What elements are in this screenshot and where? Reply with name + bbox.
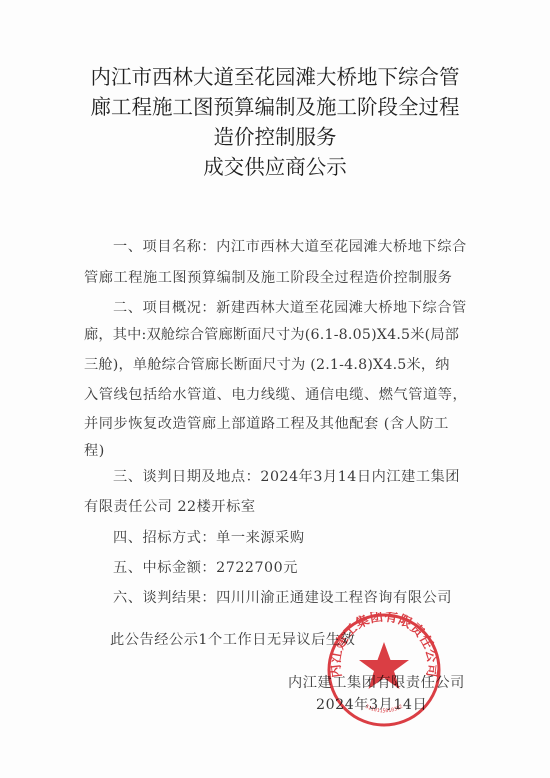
company-seal-stamp-icon: 内江建工集团有限责任公司 5110115010302 xyxy=(326,612,442,728)
negotiation-result-line: 六、谈判结果：四川川渝正通建设工程咨询有限公司 xyxy=(113,589,452,607)
winning-amount-line: 五、中标金额：2722700元 xyxy=(113,559,298,577)
stamp-star-icon xyxy=(359,642,409,689)
stamp-serial: 5110115010302 xyxy=(364,704,403,715)
document-title: 内江市西林大道至花园滩大桥地下综合管 廊工程施工图预算编制及施工阶段全过程 造价… xyxy=(60,62,490,182)
project-overview-line-1: 二、项目概况：新建西林大道至花园滩大桥地下综合管 xyxy=(113,299,467,317)
negotiation-date-line-1: 三、谈判日期及地点：2024年3月14日内江建工集团 xyxy=(113,468,460,486)
project-overview-line-3: 三舱)，单舱综合管廊长断面尺寸为 (2.1-4.8)X4.5米，纳 xyxy=(84,356,450,374)
title-line-1: 内江市西林大道至花园滩大桥地下综合管 xyxy=(60,62,490,92)
negotiation-date-line-2: 有限责任公司 22楼开标室 xyxy=(84,498,256,516)
title-line-4: 成交供应商公示 xyxy=(60,152,490,182)
project-overview-line-2: 廊，其中:双舱综合管廊断面尺寸为(6.1-8.05)X4.5米(局部 xyxy=(84,326,459,344)
notice-text: 此公告经公示1个工作日无异议后生效 xyxy=(110,631,355,649)
project-overview-line-6: 程) xyxy=(84,442,105,460)
bidding-method-line: 四、招标方式：单一来源采购 xyxy=(113,529,305,547)
project-name-line-2: 管廊工程施工图预算编制及施工阶段全过程造价控制服务 xyxy=(84,269,452,287)
svg-text:5110115010302: 5110115010302 xyxy=(364,704,403,715)
title-line-2: 廊工程施工图预算编制及施工阶段全过程 xyxy=(60,92,490,122)
title-line-3: 造价控制服务 xyxy=(60,122,490,152)
project-overview-line-4: 入管线包括给水管道、电力线缆、通信电缆、燃气管道等， xyxy=(84,386,467,404)
project-name-line-1: 一、项目名称：内江市西林大道至花园滩大桥地下综合 xyxy=(113,238,467,256)
project-overview-line-5: 并同步恢复改造管廊上部道路工程及其他配套 (含人防工 xyxy=(84,415,449,433)
